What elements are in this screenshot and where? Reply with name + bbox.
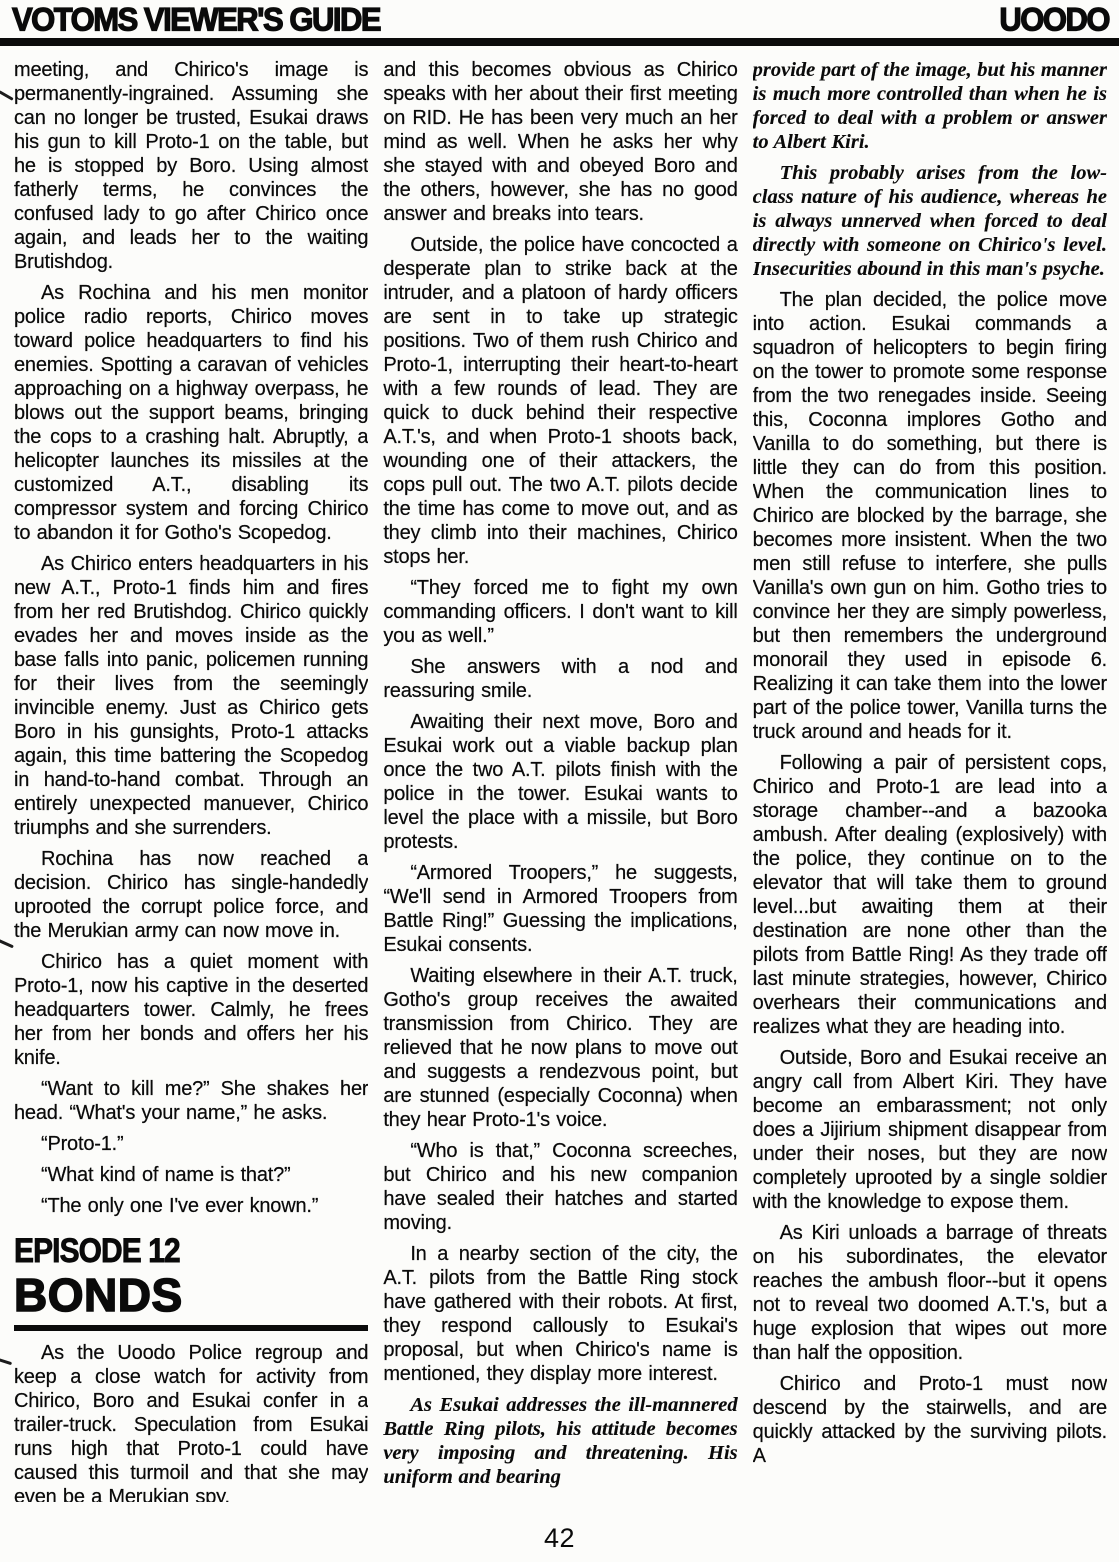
body-paragraph: The plan decided, the police move into a… bbox=[753, 288, 1107, 744]
episode-heading: EPISODE 12BONDS bbox=[14, 1234, 368, 1331]
body-paragraph: Following a pair of persistent cops, Chi… bbox=[753, 751, 1107, 1039]
article-columns: meeting, and Chirico's image is permanen… bbox=[0, 46, 1119, 1502]
episode-title: BONDS bbox=[14, 1271, 368, 1319]
body-paragraph: As Kiri unloads a barrage of threats on … bbox=[753, 1221, 1107, 1365]
page-header: VOTOMS VIEWER'S GUIDE UOODO bbox=[0, 0, 1119, 46]
body-paragraph: “They forced me to fight my own commandi… bbox=[383, 576, 737, 648]
body-paragraph: “Armored Troopers,” he suggests, “We'll … bbox=[383, 861, 737, 957]
text-column: and this becomes obvious as Chirico spea… bbox=[383, 58, 737, 1502]
commentary-paragraph: As Esukai addresses the ill-mannered Bat… bbox=[383, 1393, 737, 1489]
text-column: provide part of the image, but his manne… bbox=[753, 58, 1107, 1502]
guide-title: VOTOMS VIEWER'S GUIDE bbox=[12, 3, 380, 37]
episode-number: EPISODE 12 bbox=[14, 1234, 326, 1268]
body-paragraph: “Want to kill me?” She shakes her head. … bbox=[14, 1077, 368, 1125]
body-paragraph: Outside, Boro and Esukai receive an angr… bbox=[753, 1046, 1107, 1214]
body-paragraph: “The only one I've ever known.” bbox=[14, 1194, 368, 1218]
commentary-paragraph: provide part of the image, but his manne… bbox=[753, 58, 1107, 154]
body-paragraph: “What kind of name is that?” bbox=[14, 1163, 368, 1187]
heading-rule bbox=[14, 1325, 368, 1331]
commentary-paragraph: This probably arises from the low-class … bbox=[753, 161, 1107, 281]
body-paragraph: As the Uoodo Police regroup and keep a c… bbox=[14, 1341, 368, 1502]
body-paragraph: “Proto-1.” bbox=[14, 1132, 368, 1156]
body-paragraph: and this becomes obvious as Chirico spea… bbox=[383, 58, 737, 226]
body-paragraph: As Rochina and his men monitor police ra… bbox=[14, 281, 368, 545]
section-title: UOODO bbox=[999, 3, 1109, 37]
magazine-page: VOTOMS VIEWER'S GUIDE UOODO meeting, and… bbox=[0, 0, 1119, 1562]
text-column: meeting, and Chirico's image is permanen… bbox=[14, 58, 368, 1502]
body-paragraph: Rochina has now reached a decision. Chir… bbox=[14, 847, 368, 943]
body-paragraph: Chirico and Proto-1 must now descend by … bbox=[753, 1372, 1107, 1468]
body-paragraph: Chirico has a quiet moment with Proto-1,… bbox=[14, 950, 368, 1070]
body-paragraph: Awaiting their next move, Boro and Esuka… bbox=[383, 710, 737, 854]
body-paragraph: As Chirico enters headquarters in his ne… bbox=[14, 552, 368, 840]
body-paragraph: “Who is that,” Coconna screeches, but Ch… bbox=[383, 1139, 737, 1235]
body-paragraph: Waiting elsewhere in their A.T. truck, G… bbox=[383, 964, 737, 1132]
body-paragraph: She answers with a nod and reassuring sm… bbox=[383, 655, 737, 703]
body-paragraph: meeting, and Chirico's image is permanen… bbox=[14, 58, 368, 274]
page-number: 42 bbox=[0, 1523, 1119, 1554]
body-paragraph: Outside, the police have concocted a des… bbox=[383, 233, 737, 569]
body-paragraph: In a nearby section of the city, the A.T… bbox=[383, 1242, 737, 1386]
